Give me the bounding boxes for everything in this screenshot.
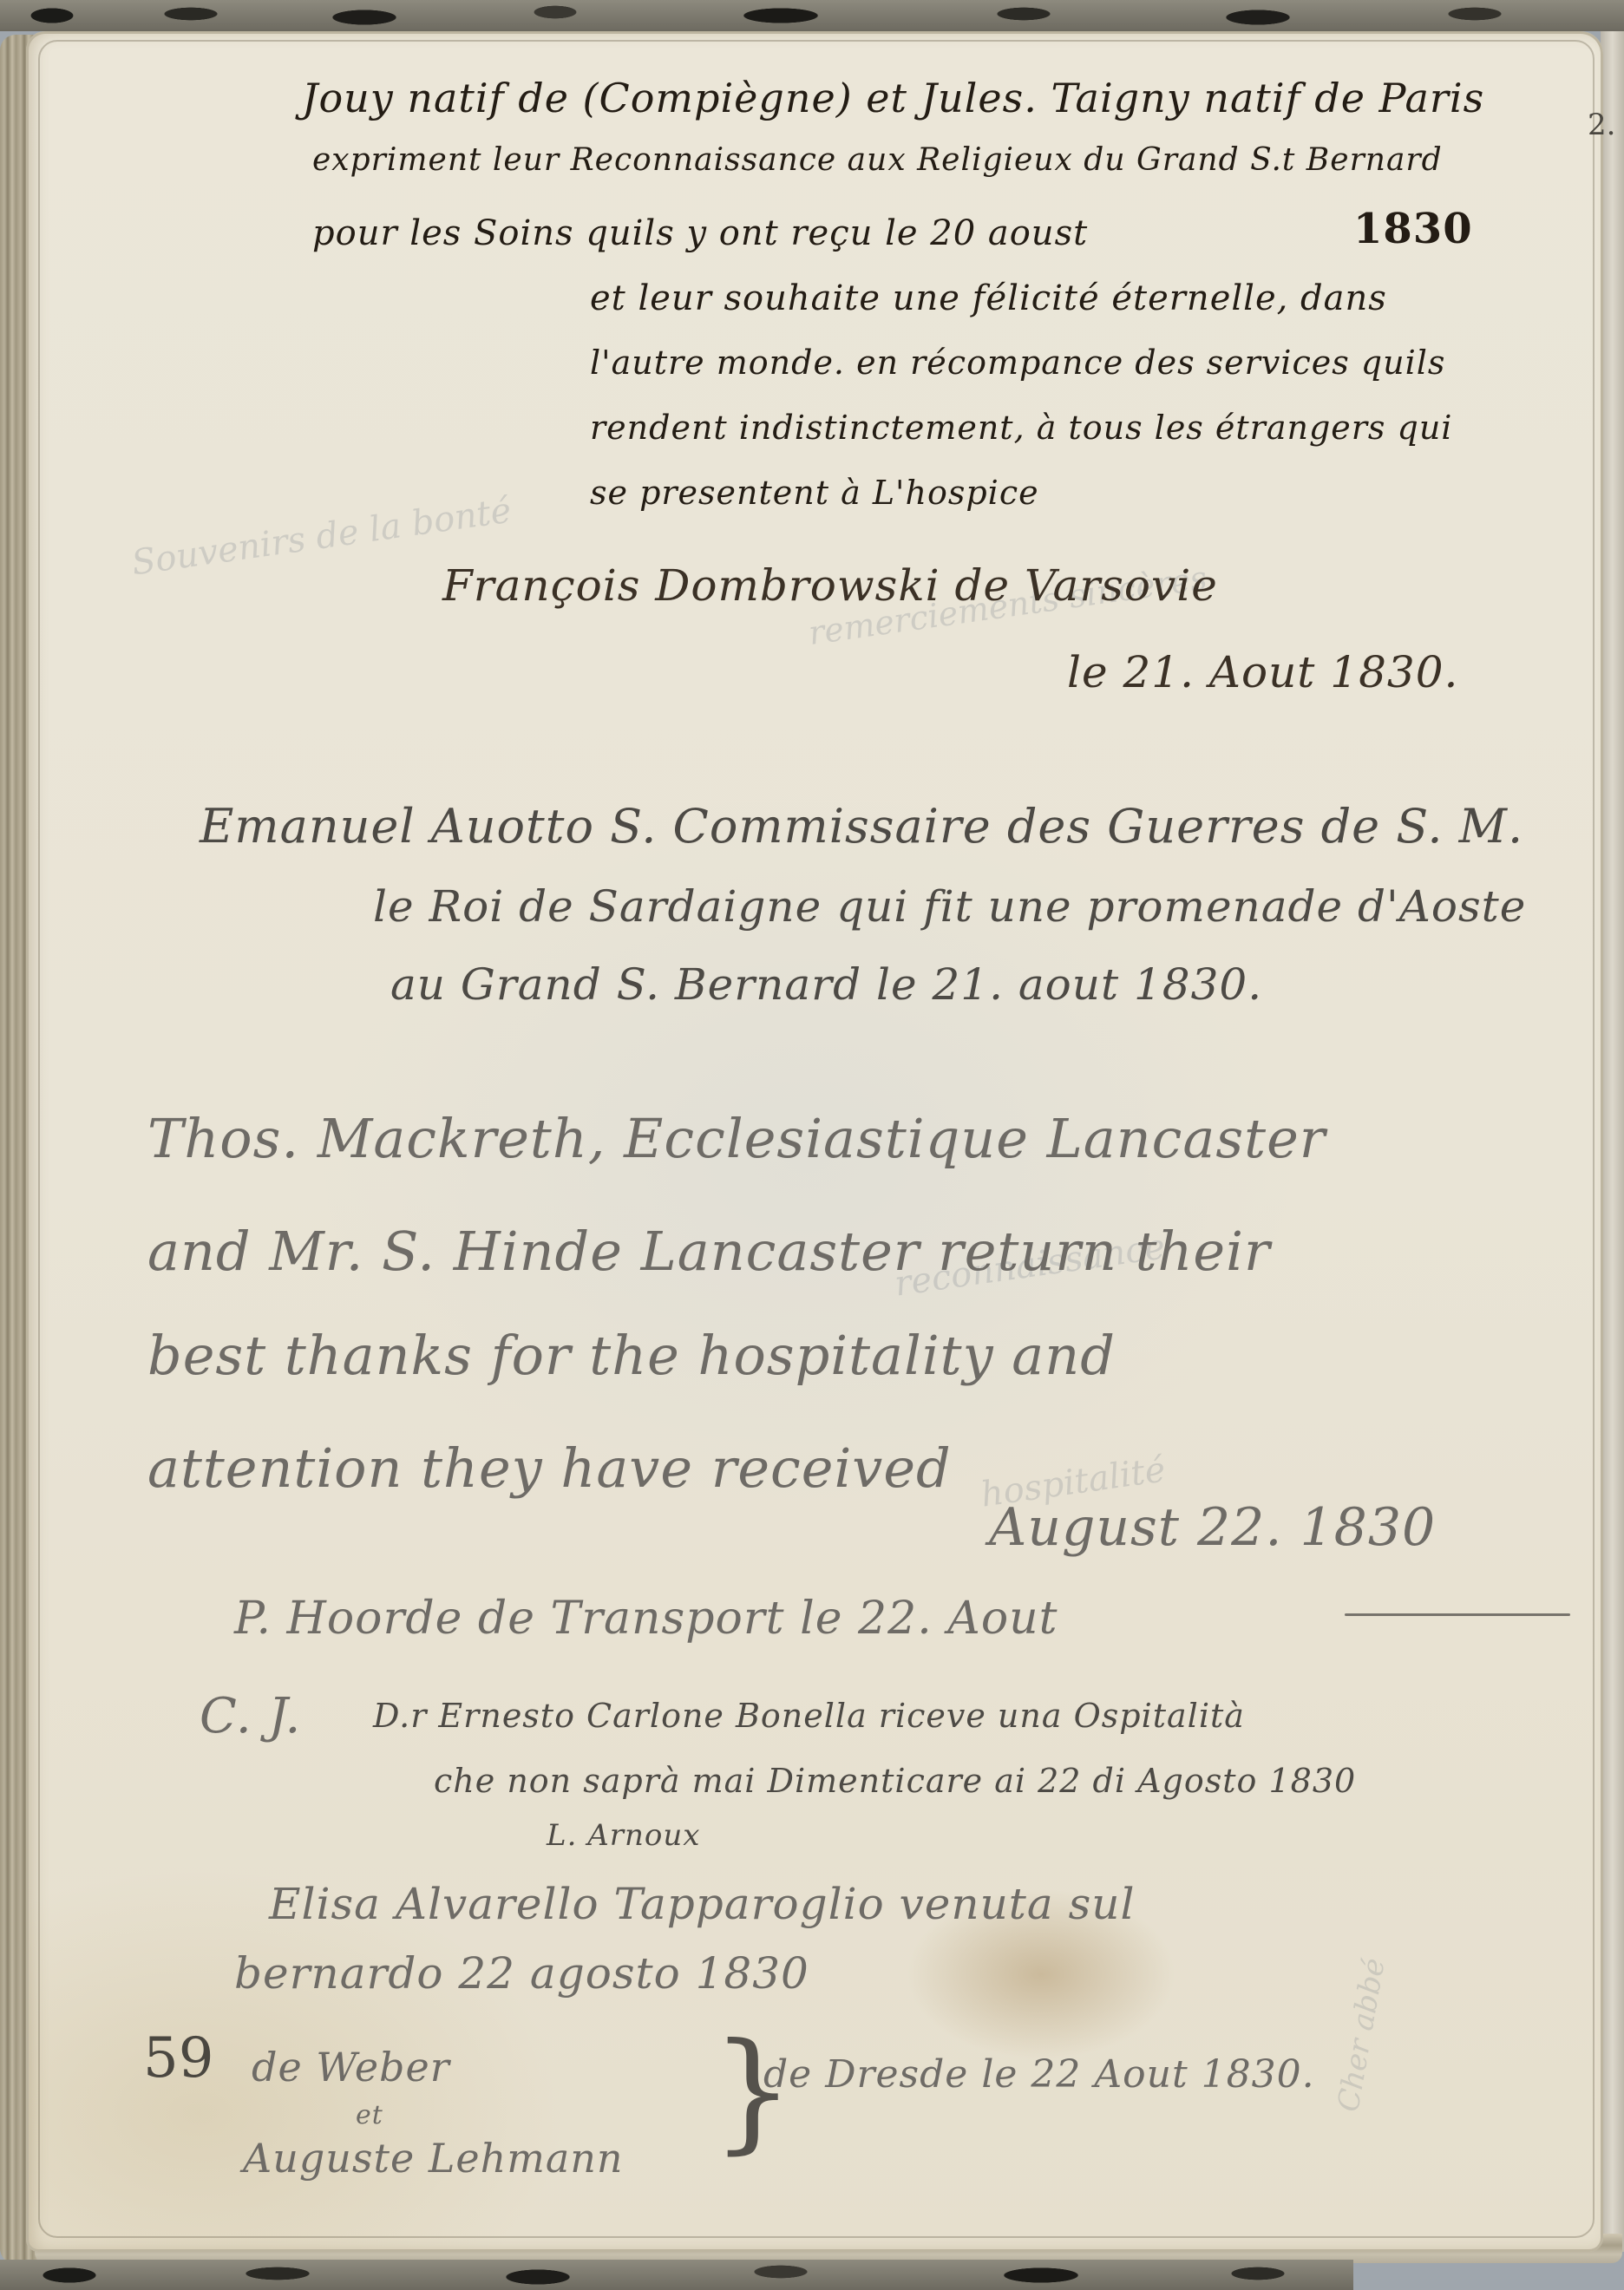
entry-date: August 22. 1830 xyxy=(989,1497,1436,1558)
entry-line: best thanks for the hospitality and xyxy=(147,1324,1116,1387)
flourish-line xyxy=(1345,1613,1570,1616)
entry-line: che non saprà mai Dimenticare ai 22 di A… xyxy=(434,1762,1356,1800)
entry-line: Jouy natif de (Compiègne) et Jules. Taig… xyxy=(302,75,1484,121)
book-cover-bottom xyxy=(0,2260,1353,2290)
entry-line: se presentent à L'hospice xyxy=(590,474,1039,512)
entry-line: D.r Ernesto Carlone Bonella riceve una O… xyxy=(373,1697,1245,1735)
entry-place-date: de Dresde le 22 Aout 1830. xyxy=(763,2052,1315,2097)
entry-line: le Roi de Sardaigne qui fit une promenad… xyxy=(373,881,1526,932)
entry-line: et leur souhaite une félicité éternelle,… xyxy=(590,278,1387,318)
entry-line: Emanuel Auotto S. Commissaire des Guerre… xyxy=(200,799,1523,854)
entry-line: pour les Soins quils y ont reçu le 20 ao… xyxy=(312,213,1088,253)
entry-date: le 21. Aout 1830. xyxy=(1067,647,1458,697)
entry-line: rendent indistinctement, à tous les étra… xyxy=(590,409,1452,447)
entry-line: l'autre monde. en récompance des service… xyxy=(590,343,1445,382)
entry-date: 1830 xyxy=(1353,205,1473,253)
entry-line: attention they have received xyxy=(147,1436,952,1500)
entry-line: François Dombrowski de Varsovie xyxy=(442,560,1218,611)
entry-line: au Grand S. Bernard le 21. aout 1830. xyxy=(390,959,1262,1010)
entry-line: and Mr. S. Hinde Lancaster return their xyxy=(147,1220,1271,1283)
entry-signature: L. Arnoux xyxy=(547,1818,700,1853)
entry-name: Auguste Lehmann xyxy=(243,2135,624,2182)
margin-mark: 2. xyxy=(1588,108,1615,142)
folio-number: 59 xyxy=(143,2026,213,2090)
register-page: Souvenirs de la bonté remerciements sinc… xyxy=(26,31,1603,2252)
entry-line: Thos. Mackreth, Ecclesiastique Lancaster xyxy=(147,1107,1326,1170)
book-cover-top xyxy=(0,0,1624,31)
entry-line: Elisa Alvarello Tapparoglio venuta sul xyxy=(269,1879,1135,1929)
show-through-text: Cher abbé xyxy=(1331,1955,1392,2114)
entry-conjunction: et xyxy=(356,2100,383,2130)
entry-name: de Weber xyxy=(252,2044,450,2090)
entry-initials: C. J. xyxy=(200,1688,301,1744)
entry-line: bernardo 22 agosto 1830 xyxy=(234,1948,809,1999)
page-edges-right xyxy=(1601,31,1624,2252)
entry-line: P. Hoorde de Transport le 22. Aout xyxy=(234,1593,1058,1645)
entry-line: expriment leur Reconnaissance aux Religi… xyxy=(312,142,1443,178)
